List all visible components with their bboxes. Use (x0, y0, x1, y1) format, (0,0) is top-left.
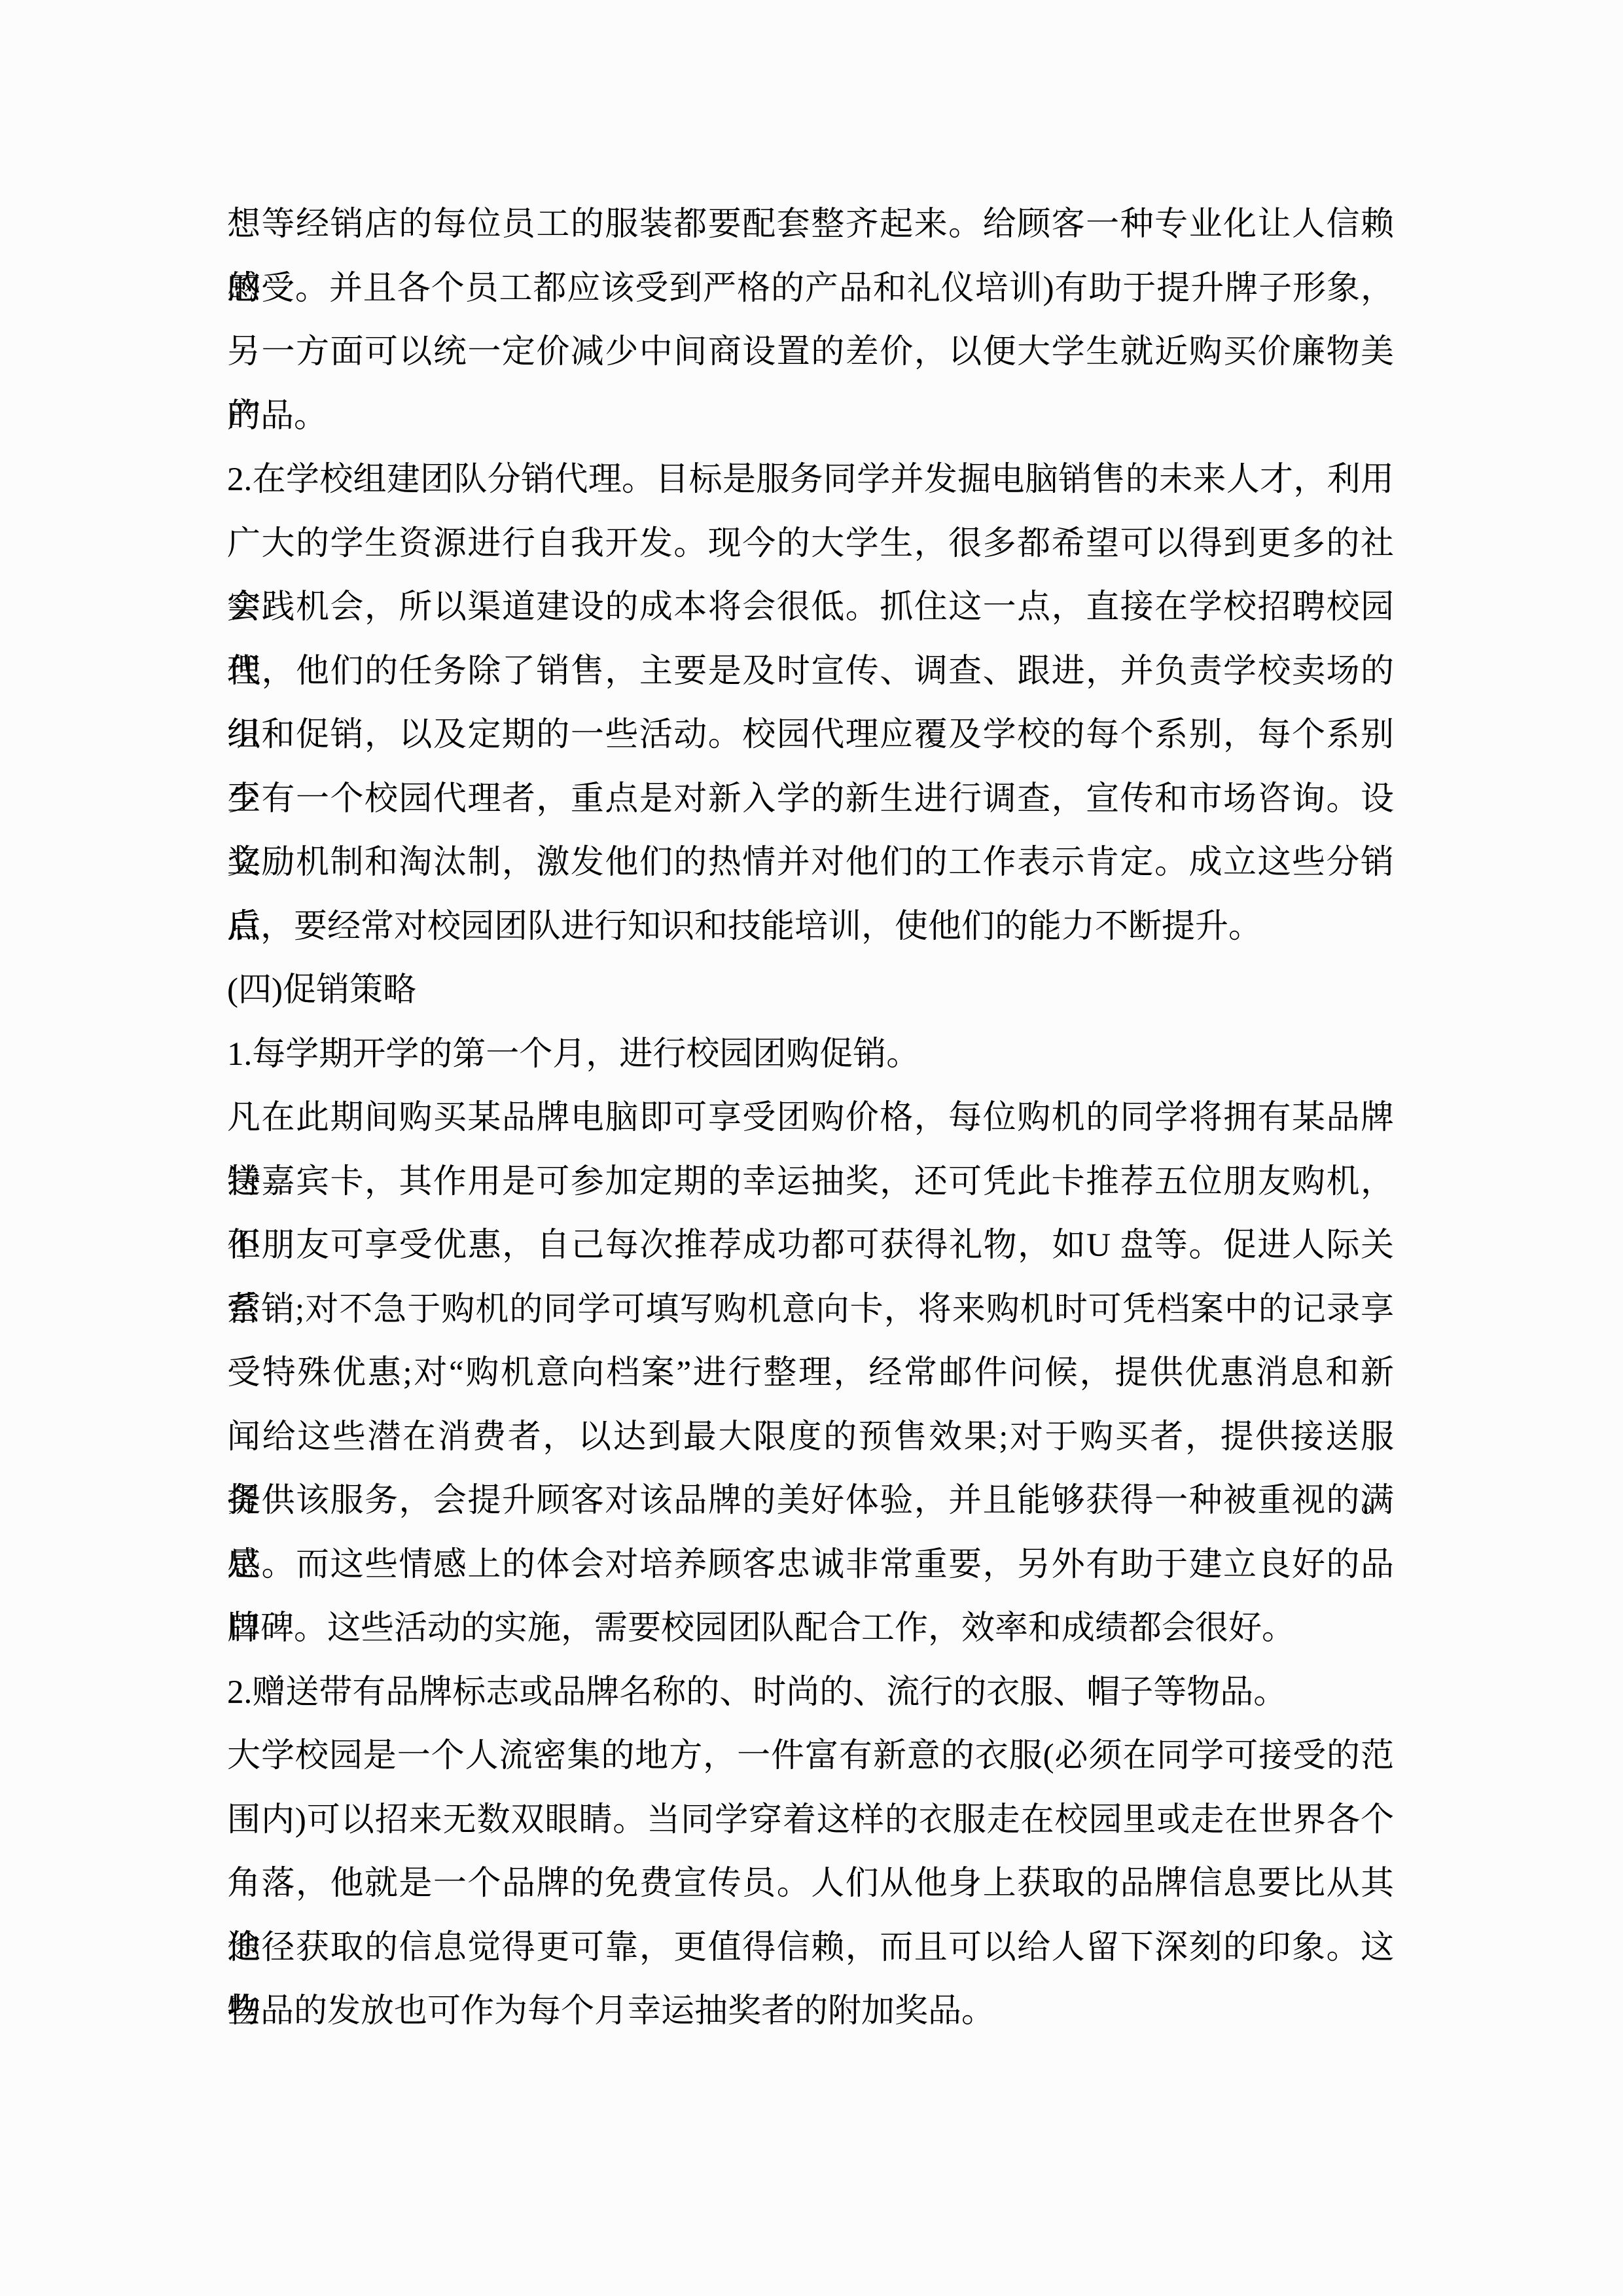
text-line: 送嘉宾卡，其作用是可参加定期的幸运抽奖，还可凭此卡推荐五位朋友购机，不 (227, 1151, 1394, 1215)
document-page: 想等经销店的每位员工的服装都要配套整齐起来。给顾客一种专业化让人信赖的感受。并且… (0, 0, 1623, 2296)
text-line: 感。而这些情感上的体会对培养顾客忠诚非常重要，另外有助于建立良好的品牌 (227, 1534, 1394, 1598)
text-line: 另一方面可以统一定价减少中间商设置的差价，以便大学生就近购买价廉物美的 (227, 321, 1394, 385)
text-line: (四)促销策略 (227, 959, 1394, 1023)
text-line: 广大的学生资源进行自我开发。现今的大学生，很多都希望可以得到更多的社会 (227, 512, 1394, 577)
text-line: 但朋友可享受优惠，自己每次推荐成功都可获得礼物，如U 盘等。促进人际关系 (227, 1214, 1394, 1278)
text-line: 想等经销店的每位员工的服装都要配套整齐起来。给顾客一种专业化让人信赖的 (227, 193, 1394, 257)
text-line: 少有一个校园代理者，重点是对新入学的新生进行调查，宣传和市场咨询。设立 (227, 768, 1394, 832)
text-line: 闻给这些潜在消费者，以达到最大限度的预售效果;对于购买者，提供接送服务。 (227, 1406, 1394, 1470)
text-line: 理，他们的任务除了销售，主要是及时宣传、调查、跟进，并负责学校卖场的组 (227, 640, 1394, 704)
text-line: 1.每学期开学的第一个月，进行校园团购促销。 (227, 1023, 1394, 1087)
text-line: 提供该服务，会提升顾客对该品牌的美好体验，并且能够获得一种被重视的满足 (227, 1469, 1394, 1534)
text-line: 角落，他就是一个品牌的免费宣传员。人们从他身上获取的品牌信息要比从其他 (227, 1852, 1394, 1916)
text-line: 凡在此期间购买某品牌电脑即可享受团购价格，每位购机的同学将拥有某品牌特 (227, 1086, 1394, 1151)
text-line: 产品。 (227, 385, 1394, 449)
text-line: 受特殊优惠;对“购机意向档案”进行整理，经常邮件问候，提供优惠消息和新 (227, 1342, 1394, 1406)
text-line: 营销;对不急于购机的同学可填写购机意向卡，将来购机时可凭档案中的记录享 (227, 1278, 1394, 1342)
text-line: 大学校园是一个人流密集的地方，一件富有新意的衣服(必须在同学可接受的范 (227, 1725, 1394, 1789)
text-line: 2.赠送带有品牌标志或品牌名称的、时尚的、流行的衣服、帽子等物品。 (227, 1661, 1394, 1725)
text-line: 实践机会，所以渠道建设的成本将会很低。抓住这一点，直接在学校招聘校园代 (227, 576, 1394, 640)
document-text-block: 想等经销店的每位员工的服装都要配套整齐起来。给顾客一种专业化让人信赖的感受。并且… (227, 193, 1394, 2044)
text-line: 物品的发放也可作为每个月幸运抽奖者的附加奖品。 (227, 1980, 1394, 2044)
text-line: 感受。并且各个员工都应该受到严格的产品和礼仪培训)有助于提升牌子形象， (227, 257, 1394, 321)
text-line: 围内)可以招来无数双眼睛。当同学穿着这样的衣服走在校园里或走在世界各个 (227, 1789, 1394, 1853)
text-line: 口碑。这些活动的实施，需要校园团队配合工作，效率和成绩都会很好。 (227, 1597, 1394, 1661)
text-line: 2.在学校组建团队分销代理。目标是服务同学并发掘电脑销售的未来人才，利用 (227, 448, 1394, 512)
text-line: 织和促销，以及定期的一些活动。校园代理应覆及学校的每个系别，每个系别至 (227, 704, 1394, 768)
text-line: 后，要经常对校园团队进行知识和技能培训，使他们的能力不断提升。 (227, 895, 1394, 960)
text-line: 奖励机制和淘汰制，激发他们的热情并对他们的工作表示肯定。成立这些分销点 (227, 831, 1394, 895)
text-line: 途径获取的信息觉得更可靠，更值得信赖，而且可以给人留下深刻的印象。这些 (227, 1916, 1394, 1981)
